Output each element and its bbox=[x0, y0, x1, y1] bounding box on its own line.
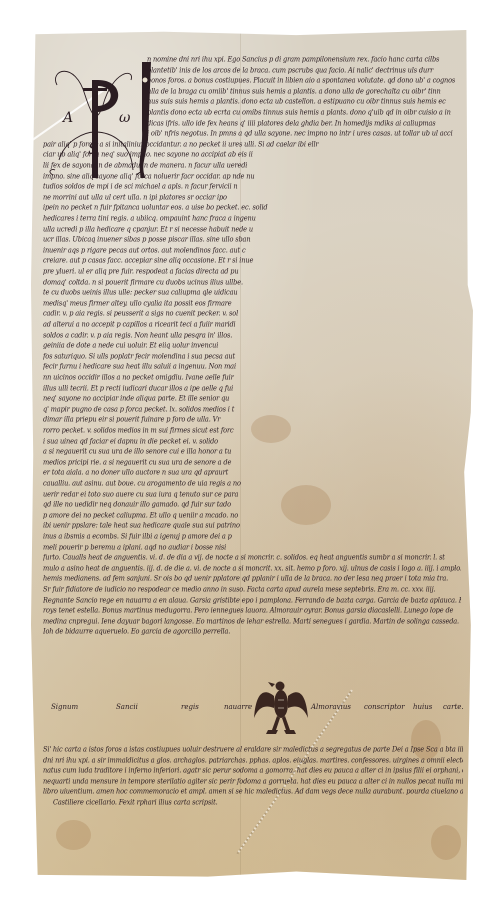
svg-text:ω: ω bbox=[119, 110, 131, 126]
charter-line: caualliu. aut asinu. aut boue. cu arogam… bbox=[43, 477, 461, 489]
closing-line: natus cum iuda traditore i inferno infer… bbox=[43, 764, 463, 776]
charter-line: bonos foros. a bonus costiupues. Placuit… bbox=[147, 74, 461, 86]
charter-line: plantis dono ecta ub ecrta cu omibs tinn… bbox=[147, 106, 461, 118]
charter-line: hedicares i terra tini regis. a ubiicq. … bbox=[43, 212, 461, 224]
stain bbox=[431, 825, 461, 860]
signum-word: conscriptor bbox=[364, 703, 405, 711]
closing-line: Si' hic carta a istos foros a istas cost… bbox=[43, 743, 463, 755]
signum-word: Signum bbox=[51, 703, 78, 711]
charter-line: lii fex de sayona. n de abmadu. n de man… bbox=[43, 159, 461, 171]
signum-word: regis bbox=[181, 703, 199, 711]
signum-word: nauarre bbox=[224, 703, 252, 711]
signum-word: carte. bbox=[443, 703, 464, 711]
charter-line: te cu duobs ueinis illus ulle: pecker su… bbox=[43, 286, 461, 298]
closing-line: Castiliere cicellario. Fexit rphari iliu… bbox=[53, 796, 473, 808]
eagle-seal-icon bbox=[250, 678, 312, 738]
charter-line: ucr illas. Ubicaq inuener sibas p posse … bbox=[43, 233, 461, 245]
charter-line: tudios soldos de mpi i de sci michael a … bbox=[43, 180, 461, 192]
charter-line: nn uicinos occidir illos a no pecket omi… bbox=[43, 371, 461, 383]
charter-line: pre ylueri. ul er aliq pre fuir. respode… bbox=[43, 265, 461, 277]
charter-line: Ioh de bidaurre aqueruelo. Eo garcia de … bbox=[43, 626, 461, 638]
charter-line: qd ille no uedidir neq donauir illo gama… bbox=[43, 498, 461, 510]
charter-line: i oib' nfris negotus. In pmns a qd ulla … bbox=[147, 127, 461, 139]
charter-line: roys tenet estella. Bonus martinus medug… bbox=[43, 604, 461, 616]
charter-line: inus a ibsmis a ecombs. Si fuir ilbi a i… bbox=[43, 530, 461, 542]
charter-line: furto. Caualls heat de anguentis. vi. d.… bbox=[43, 551, 461, 563]
charter-line: neq' sayone no accipiar inde aliqua part… bbox=[43, 392, 461, 404]
charter-line: geiniia de dote a nede cui uoluir. Et ei… bbox=[43, 339, 461, 351]
stain bbox=[56, 820, 91, 850]
charter-line: a si negauerit cu sua ura de illo senore… bbox=[43, 445, 461, 457]
signum-word: Almoravius bbox=[311, 703, 351, 711]
parchment-charter: A ω S n nomine dni nri ihu xpi. Ego Sanc… bbox=[31, 30, 473, 880]
charter-line: n nomine dni nri ihu xpi. Ego Sancius p … bbox=[147, 53, 461, 65]
svg-text:A: A bbox=[61, 110, 73, 126]
charter-line: Sr fuir fidiatore de iudicio no respodea… bbox=[43, 583, 461, 595]
signum-word: huius bbox=[413, 703, 432, 711]
signum-word: Sancii bbox=[116, 703, 138, 711]
charter-line: ad alterui a no accepit p capillos a ric… bbox=[43, 318, 461, 330]
charter-line: rorro pecket. v. solidos medios in m sui… bbox=[43, 424, 461, 436]
